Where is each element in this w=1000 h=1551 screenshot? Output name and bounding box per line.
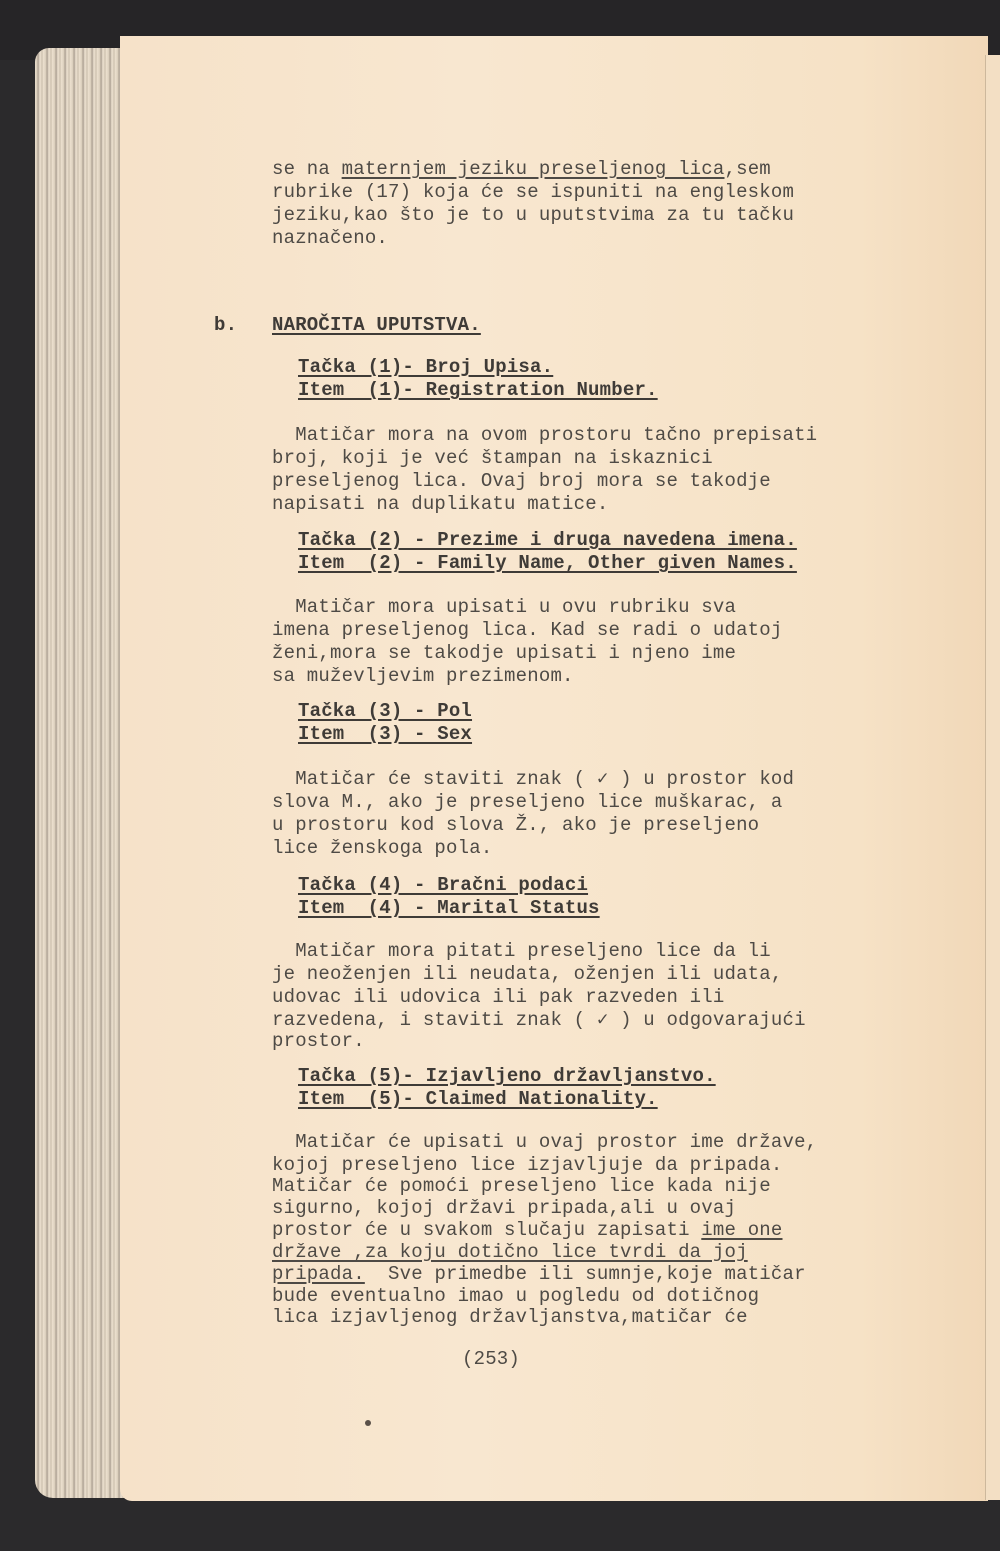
item-2-body-line: sa muževljevim prezimenom. [272, 667, 574, 685]
intro-line-1: se na maternjem jeziku preseljenog lica,… [272, 160, 771, 178]
next-page-edge [985, 55, 1000, 1500]
item-5-body-line: kojoj preseljeno lice izjavljuje da prip… [272, 1156, 782, 1174]
item-5-body-line-underlined: države ,za koju dotično lice tvrdi da jo… [272, 1243, 748, 1261]
intro-line-4: naznačeno. [272, 229, 388, 247]
item-2-body-line: imena preseljenog lica. Kad se radi o ud… [272, 621, 782, 639]
item-1-heading-en: Item (1)- Registration Number. [298, 381, 658, 399]
item-5-body-line: pripada. Sve primedbe ili sumnje,koje ma… [272, 1265, 806, 1283]
book-page-edges [35, 48, 125, 1498]
item-3-heading-sr: Tačka (3) - Pol [298, 702, 472, 720]
item-4-heading-en: Item (4) - Marital Status [298, 899, 600, 917]
item-5-body-line: Matičar će upisati u ovaj prostor ime dr… [272, 1133, 817, 1151]
item-5-body-line: Matičar će pomoći preseljeno lice kada n… [272, 1177, 771, 1195]
item-3-body-line: slova M., ako je preseljeno lice muškara… [272, 793, 782, 811]
item-1-body-line: broj, koji je već štampan na iskaznici [272, 449, 713, 467]
section-title: NAROČITA UPUTSTVA. [272, 316, 481, 334]
item-1-body-line: preseljenog lica. Ovaj broj mora se tako… [272, 472, 771, 490]
item-2-heading-sr: Tačka (2) - Prezime i druga navedena ime… [298, 531, 797, 549]
paper-blemish [365, 1420, 371, 1426]
section-letter: b. [214, 316, 237, 334]
item-2-body-line: Matičar mora upisati u ovu rubriku sva [272, 598, 736, 616]
item-5-body-line: bude eventualno imao u pogledu od dotičn… [272, 1287, 759, 1305]
item-2-heading-en: Item (2) - Family Name, Other given Name… [298, 554, 797, 572]
intro-line-2: rubrike (17) koja će se ispuniti na engl… [272, 183, 794, 201]
item-4-body-line: je neoženjen ili neudata, oženjen ili ud… [272, 965, 782, 983]
item-4-body-line: Matičar mora pitati preseljeno lice da l… [272, 942, 771, 960]
item-2-body-line: ženi,mora se takodje upisati i njeno ime [272, 644, 736, 662]
item-1-body-line: napisati na duplikatu matice. [272, 495, 608, 513]
item-3-heading-en: Item (3) - Sex [298, 725, 472, 743]
item-5-heading-en: Item (5)- Claimed Nationality. [298, 1090, 658, 1108]
page-number: (253) [462, 1350, 520, 1368]
item-4-body-line: udovac ili udovica ili pak razveden ili [272, 988, 724, 1006]
item-3-body-line: u prostoru kod slova Ž., ako je preselje… [272, 816, 759, 834]
item-3-body-line: Matičar će staviti znak ( ✓ ) u prostor … [272, 770, 794, 788]
item-5-body-line: prostor će u svakom slučaju zapisati ime… [272, 1221, 783, 1239]
item-5-body-line: lica izjavljenog državljanstva,matičar ć… [272, 1308, 748, 1326]
item-5-body-line: sigurno, kojoj državi pripada,ali u ovaj [272, 1199, 736, 1217]
item-5-heading-sr: Tačka (5)- Izjavljeno državljanstvo. [298, 1067, 716, 1085]
item-1-body-line: Matičar mora na ovom prostoru tačno prep… [272, 426, 817, 444]
item-4-heading-sr: Tačka (4) - Bračni podaci [298, 876, 588, 894]
intro-line-3: jeziku,kao što je to u uputstvima za tu … [272, 206, 794, 224]
item-4-body-line: prostor. [272, 1032, 365, 1050]
item-1-heading-sr: Tačka (1)- Broj Upisa. [298, 358, 553, 376]
item-3-body-line: lice ženskoga pola. [272, 839, 492, 857]
item-4-body-line: razvedena, i staviti znak ( ✓ ) u odgova… [272, 1011, 806, 1029]
